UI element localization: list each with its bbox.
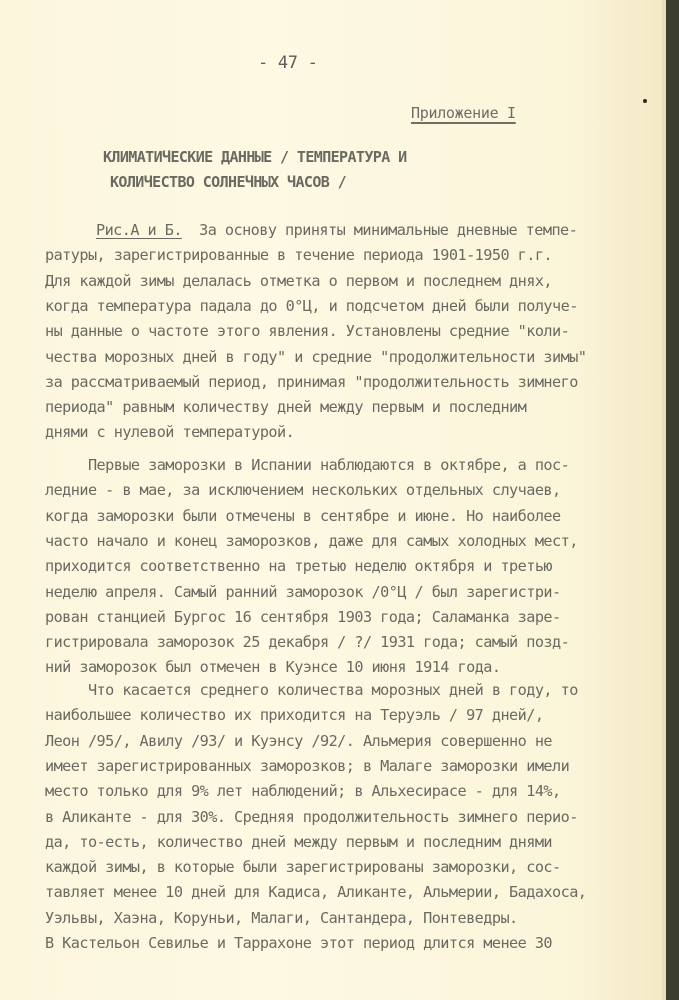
paragraph-2-line: Первые заморозки в Испании наблюдаются в…	[45, 456, 569, 474]
paragraph-3-line: Леон /95/, Авилу /93/ и Куэнсу /92/. Аль…	[45, 732, 552, 750]
paragraph-1-line: днями с нулевой температурой.	[45, 423, 294, 441]
ink-speck	[643, 99, 647, 103]
paragraph-3-line: да, то-есть, количество дней между первы…	[45, 833, 552, 851]
paragraph-2-line: когда заморозки были отмечены в сентябре…	[45, 507, 561, 525]
paragraph-1-line: периода" равным количеству дней между пе…	[45, 398, 526, 416]
paragraph-1-line: Для каждой зимы делалась отметка о перво…	[45, 272, 552, 290]
paragraph-1-line: ратуры, зарегистрированные в течение пер…	[45, 246, 552, 264]
paragraph-3-line: место только для 9% лет наблюдений; в Ал…	[45, 782, 561, 800]
binder-background	[666, 0, 679, 1000]
paragraph-1-line: за рассматриваемый период, принимая "про…	[45, 373, 578, 391]
heading-line-1: КЛИМАТИЧЕСКИЕ ДАННЫЕ / ТЕМПЕРАТУРА И	[103, 148, 407, 166]
paragraph-3-line: имеет зарегистрированных заморозков; в М…	[45, 757, 569, 775]
paragraph-2-line: часто начало и конец заморозков, даже дл…	[45, 532, 578, 550]
paragraph-1-line: ны данные о частоте этого явления. Устан…	[45, 322, 569, 340]
paragraph-3-line: В Кастельон Севилье и Таррахоне этот пер…	[45, 934, 552, 952]
appendix-label: Приложение I	[411, 104, 516, 122]
paragraph-1-line: чества морозных дней в году" и средние "…	[45, 348, 586, 366]
paragraph-3-line: Уэльвы, Хаэна, Коруньи, Малаги, Сантанде…	[45, 909, 518, 927]
paragraph-1-line: когда температура падала до 0°Ц, и подсч…	[45, 297, 578, 315]
paragraph-3-line: каждой зимы, в которые были зарегистриро…	[45, 858, 561, 876]
document-page: - 47 - Приложение I КЛИМАТИЧЕСКИЕ ДАННЫЕ…	[0, 0, 664, 1000]
paragraph-2-line: ледние - в мае, за исключением нескольки…	[45, 481, 561, 499]
paragraph-2-line: приходится соответственно на третью неде…	[45, 557, 552, 575]
paragraph-3-line: тавляет менее 10 дней для Кадиса, Аликан…	[45, 883, 586, 901]
paragraph-2-line: гистрировала заморозок 25 декабря / ?/ 1…	[45, 633, 569, 651]
figure-reference: Рис.А и Б.	[96, 221, 182, 239]
paragraph-2-line: рован станцией Бургос 16 сентября 1903 г…	[45, 608, 561, 626]
heading-line-2: КОЛИЧЕСТВО СОЛНЕЧНЫХ ЧАСОВ /	[110, 173, 346, 191]
paragraph-2-line: ний заморозок был отмечен в Куэнсе 10 ию…	[45, 658, 500, 676]
paragraph-3-line: в Аликанте - для 30%. Средняя продолжите…	[45, 808, 578, 826]
paragraph-2-line: неделю апреля. Самый ранний заморозок /0…	[45, 583, 561, 601]
paragraph-1-line: Рис.А и Б. За основу приняты минимальные…	[96, 221, 577, 239]
page-number: - 47 -	[258, 53, 318, 73]
paragraph-3-line: наибольшее количество их приходится на Т…	[45, 706, 543, 724]
paragraph-3-line: Что касается среднего количества морозны…	[45, 681, 578, 699]
